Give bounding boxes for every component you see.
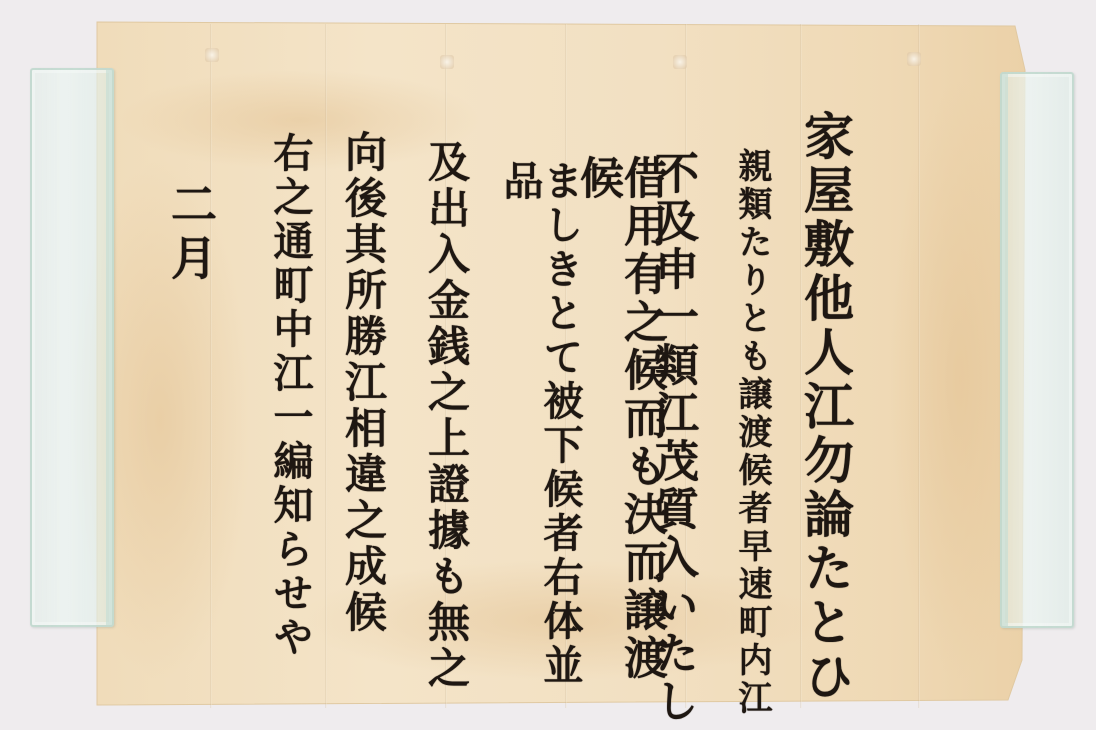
calligraphy-column-1: 家屋敷他人江勿論たとひ bbox=[800, 110, 850, 704]
pin-hole-mark bbox=[907, 52, 921, 66]
glass-edge bbox=[1002, 74, 1008, 626]
photo-scene: 家屋敷他人江勿論たとひ 親類たりとも譲渡候者早速町内江 不及申一類江茂質入いたし… bbox=[0, 0, 1096, 730]
calligraphy-column-4: 借用有之候而も決而譲渡候 bbox=[575, 155, 663, 730]
date-signature: 二月 bbox=[168, 180, 214, 288]
fold-crease bbox=[210, 24, 212, 708]
calligraphy-column-7: 向後其所勝江相違之成候 bbox=[342, 130, 384, 636]
fold-crease bbox=[918, 24, 920, 708]
calligraphy-column-6: 及出入金銭之上證據も無之 bbox=[425, 140, 467, 692]
calligraphy-column-2: 親類たりとも譲渡候者早速町内江 bbox=[735, 148, 769, 718]
pin-hole-mark bbox=[205, 48, 219, 62]
calligraphy-column-5: ましきとて被下候者右体並品 bbox=[500, 160, 580, 730]
glass-edge bbox=[106, 70, 112, 625]
pin-hole-mark bbox=[673, 55, 687, 69]
glass-weight-right bbox=[1000, 72, 1074, 628]
pin-hole-mark bbox=[440, 55, 454, 69]
calligraphy-column-8: 右之通町中江一編知らせや bbox=[270, 132, 310, 660]
fold-crease bbox=[325, 24, 327, 708]
paper-sheet: 家屋敷他人江勿論たとひ 親類たりとも譲渡候者早速町内江 不及申一類江茂質入いたし… bbox=[0, 0, 1096, 730]
glass-weight-left bbox=[30, 68, 114, 627]
